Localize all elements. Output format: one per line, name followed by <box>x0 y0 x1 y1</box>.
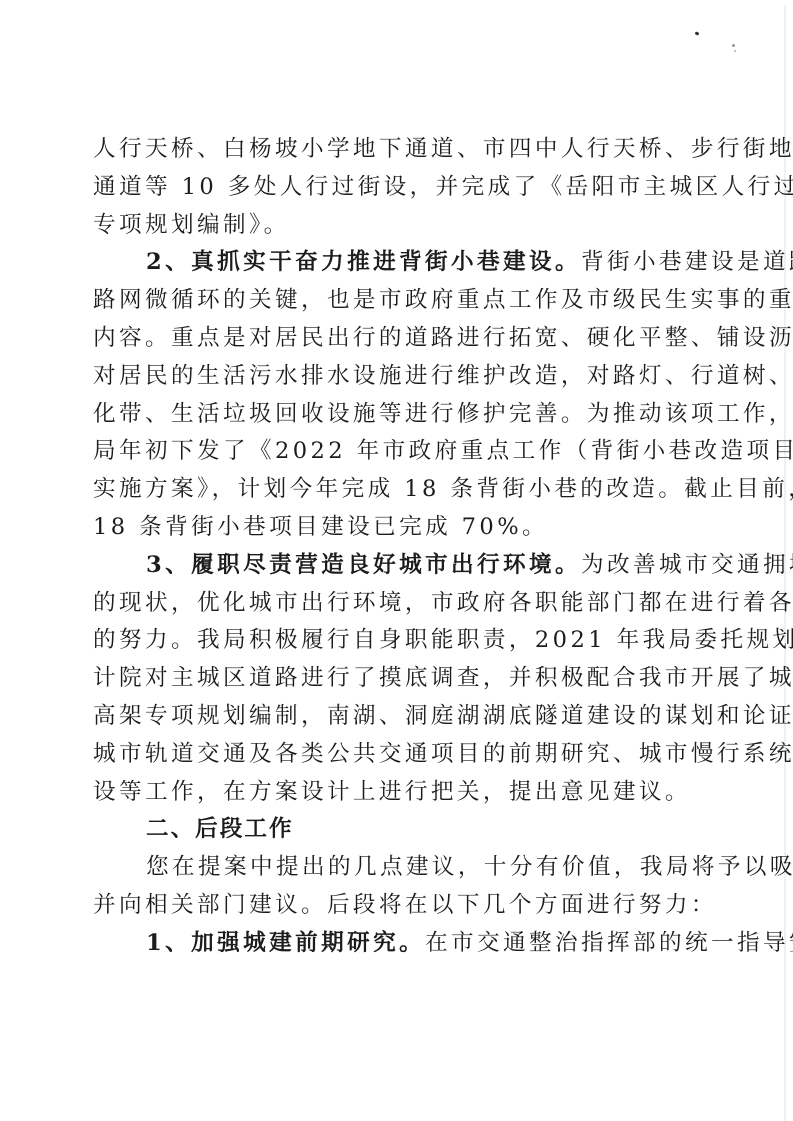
paragraph-line: 您在提案中提出的几点建议，十分有价值，我局将予以吸收 <box>93 849 679 887</box>
paragraph-line: 的努力。我局积极履行自身职能职责，2021 年我局委托规划设 <box>93 622 679 660</box>
text-run: 并向相关部门建议。后段将在以下几个方面进行努力： <box>93 892 717 918</box>
paragraph-line: 通道等 10 多处人行过街设，并完成了《岳阳市主城区人行过街 <box>93 169 679 207</box>
text-run: 您在提案中提出的几点建议，十分有价值，我局将予以吸收 <box>146 854 793 880</box>
paragraph-line: 的现状，优化城市出行环境，市政府各职能部门都在进行着各自 <box>93 585 679 623</box>
paragraph-line: 18 条背街小巷项目建设已完成 70%。 <box>93 509 679 547</box>
text-run: 局年初下发了《2022 年市政府重点工作（背街小巷改造项目） <box>93 438 793 464</box>
text-run: 化带、生活垃圾回收设施等进行修护完善。为推动该项工作，我 <box>93 401 793 427</box>
document-body: 人行天桥、白杨坡小学地下通道、市四中人行天桥、步行街地下 通道等 10 多处人行… <box>93 131 679 963</box>
item-heading-3: 3、履职尽责营造良好城市出行环境。 <box>146 552 581 578</box>
item-heading-1: 1、加强城建前期研究。 <box>146 930 425 956</box>
text-run: 背街小巷建设是道路 <box>581 249 793 275</box>
scan-speck <box>695 31 700 35</box>
text-run: 对居民的生活污水排水设施进行维护改造，对路灯、行道树、绿 <box>93 363 793 389</box>
text-run: 在市交通整治指挥部的统一指导安 <box>425 930 793 956</box>
paragraph-line: 3、履职尽责营造良好城市出行环境。为改善城市交通拥堵 <box>93 547 679 585</box>
paragraph-line: 内容。重点是对居民出行的道路进行拓宽、硬化平整、铺设沥青， <box>93 320 679 358</box>
paragraph-line: 人行天桥、白杨坡小学地下通道、市四中人行天桥、步行街地下 <box>93 131 679 169</box>
paragraph-line: 并向相关部门建议。后段将在以下几个方面进行努力： <box>93 887 679 925</box>
paragraph-line: 局年初下发了《2022 年市政府重点工作（背街小巷改造项目） <box>93 433 679 471</box>
text-run: 人行天桥、白杨坡小学地下通道、市四中人行天桥、步行街地下 <box>93 136 793 162</box>
scan-speck <box>734 50 736 52</box>
paragraph-line: 2、真抓实干奋力推进背街小巷建设。背街小巷建设是道路 <box>93 244 679 282</box>
paragraph-line: 城市轨道交通及各类公共交通项目的前期研究、城市慢行系统建 <box>93 736 679 774</box>
paragraph-line: 高架专项规划编制，南湖、洞庭湖湖底隧道建设的谋划和论证， <box>93 698 679 736</box>
text-run: 为改善城市交通拥堵 <box>581 552 793 578</box>
paragraph-line: 计院对主城区道路进行了摸底调查，并积极配合我市开展了城市 <box>93 660 679 698</box>
paragraph-line: 专项规划编制》。 <box>93 207 679 245</box>
paragraph-line: 化带、生活垃圾回收设施等进行修护完善。为推动该项工作，我 <box>93 396 679 434</box>
text-run: 实施方案》，计划今年完成 18 条背街小巷的改造。截止目前， <box>93 476 793 502</box>
item-heading-2: 2、真抓实干奋力推进背街小巷建设。 <box>146 249 581 275</box>
text-run: 高架专项规划编制，南湖、洞庭湖湖底隧道建设的谋划和论证， <box>93 703 793 729</box>
text-run: 计院对主城区道路进行了摸底调查，并积极配合我市开展了城市 <box>93 665 793 691</box>
text-run: 城市轨道交通及各类公共交通项目的前期研究、城市慢行系统建 <box>93 741 793 767</box>
paragraph-line: 设等工作，在方案设计上进行把关，提出意见建议。 <box>93 774 679 812</box>
section-heading: 二、后段工作 <box>146 816 294 842</box>
paragraph-line: 路网微循环的关键，也是市政府重点工作及市级民生实事的重要 <box>93 282 679 320</box>
text-run: 通道等 10 多处人行过街设，并完成了《岳阳市主城区人行过街 <box>93 174 793 200</box>
text-run: 的现状，优化城市出行环境，市政府各职能部门都在进行着各自 <box>93 590 793 616</box>
text-run: 的努力。我局积极履行自身职能职责，2021 年我局委托规划设 <box>93 627 793 653</box>
text-run: 专项规划编制》。 <box>93 212 290 238</box>
scan-speck <box>732 44 735 47</box>
paragraph-line: 对居民的生活污水排水设施进行维护改造，对路灯、行道树、绿 <box>93 358 679 396</box>
section-heading-line: 二、后段工作 <box>93 811 679 849</box>
text-run: 18 条背街小巷项目建设已完成 70%。 <box>93 514 548 540</box>
document-page: 人行天桥、白杨坡小学地下通道、市四中人行天桥、步行街地下 通道等 10 多处人行… <box>0 0 793 1121</box>
paragraph-line: 1、加强城建前期研究。在市交通整治指挥部的统一指导安 <box>93 925 679 963</box>
paragraph-line: 实施方案》，计划今年完成 18 条背街小巷的改造。截止目前， <box>93 471 679 509</box>
text-run: 路网微循环的关键，也是市政府重点工作及市级民生实事的重要 <box>93 287 793 313</box>
text-run: 内容。重点是对居民出行的道路进行拓宽、硬化平整、铺设沥青， <box>93 325 793 351</box>
text-run: 设等工作，在方案设计上进行把关，提出意见建议。 <box>93 779 691 805</box>
